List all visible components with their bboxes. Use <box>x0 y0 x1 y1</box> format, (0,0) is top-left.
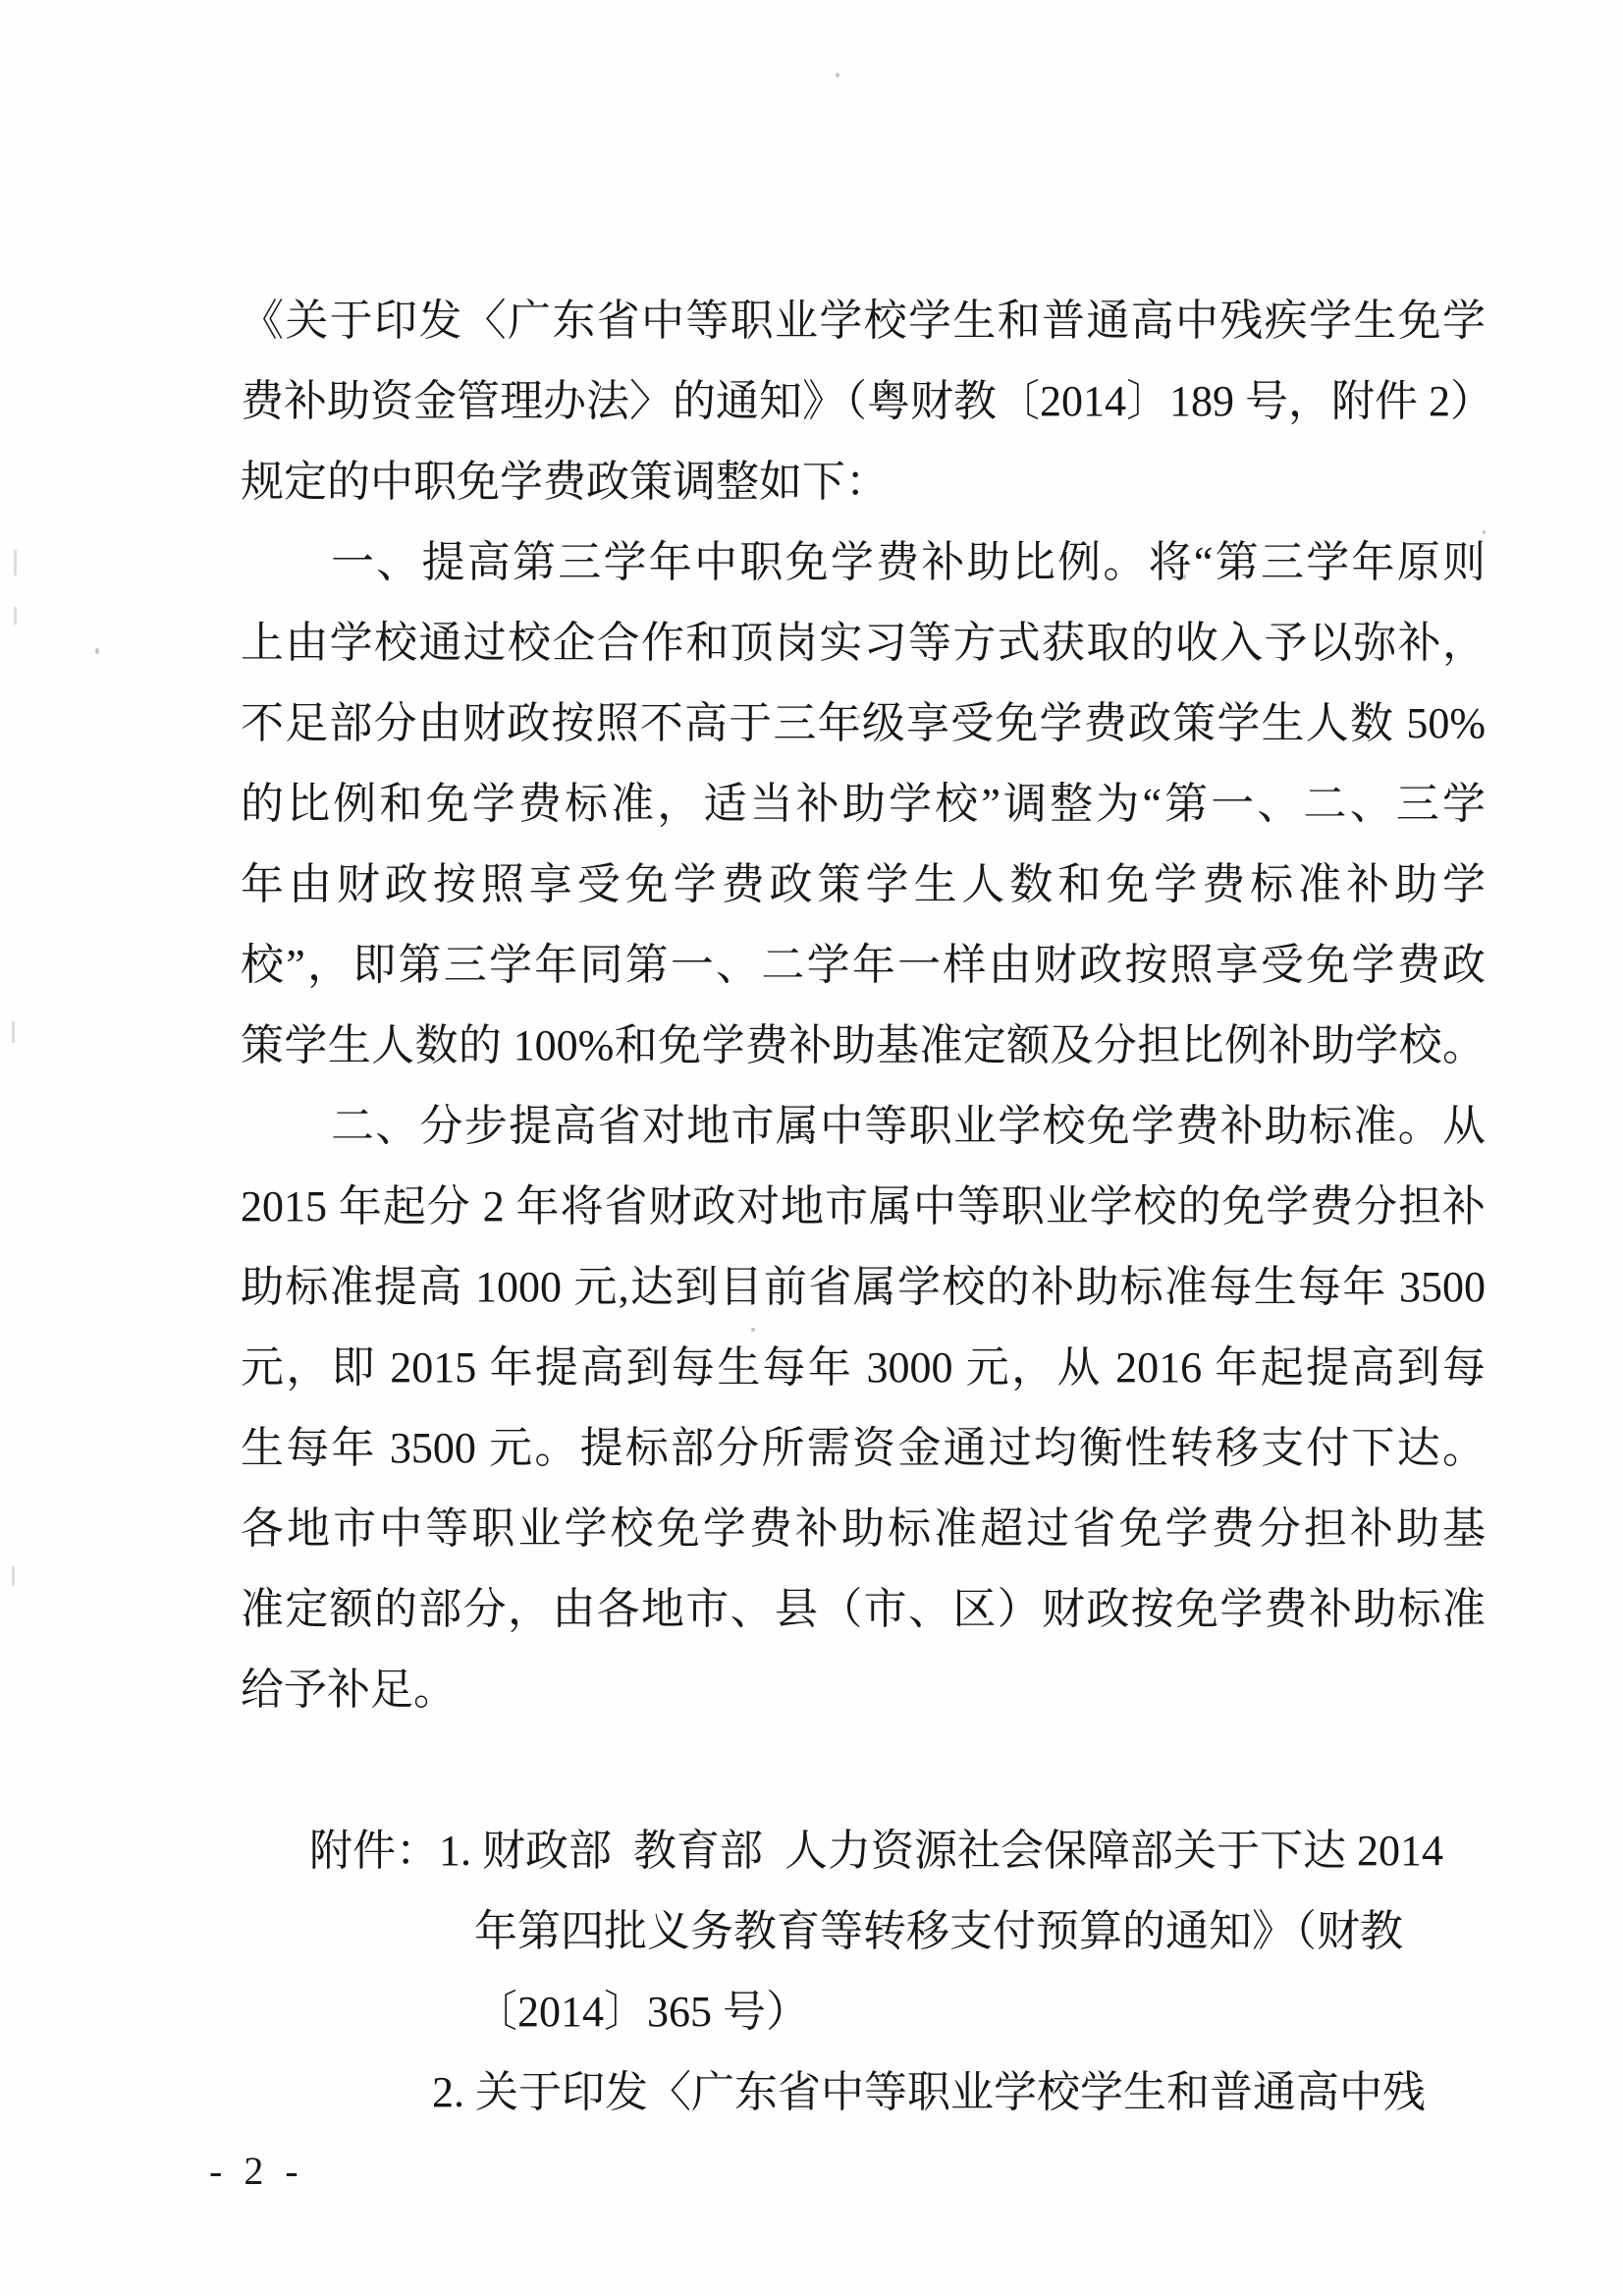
para3-line-5: 生每年 3500 元。提标部分所需资金通过均衡性转移支付下达。 <box>241 1408 1486 1489</box>
para2-line-4: 的比例和免学费标准，适当补助学校”调整为“第一、二、三学 <box>241 764 1486 845</box>
para3-line-8: 给予补足。 <box>241 1650 1486 1730</box>
para3-line-6: 各地市中等职业学校免学费补助标准超过省免学费分担补助基 <box>241 1489 1486 1569</box>
para2-line-1: 一、提高第三学年中职免学费补助比例。将“第三学年原则 <box>241 522 1486 603</box>
attachment-line-3: 〔2014〕365 号） <box>241 1972 1486 2052</box>
para3-line-3: 助标准提高 1000 元,达到目前省属学校的补助标准每生每年 3500 <box>241 1247 1486 1328</box>
para1-line-1: 《关于印发〈广东省中等职业学校学生和普通高中残疾学生免学 <box>241 281 1486 361</box>
para2-line-2: 上由学校通过校企合作和顶岗实习等方式获取的收入予以弥补， <box>241 603 1486 683</box>
scan-edge-mark <box>14 607 17 625</box>
para1-line-2: 费补助资金管理办法〉的通知》（粤财教〔2014〕189 号，附件 2） <box>241 361 1486 442</box>
scanned-document-page: 《关于印发〈广东省中等职业学校学生和普通高中残疾学生免学 费补助资金管理办法〉的… <box>0 0 1623 2296</box>
scan-speck <box>836 73 839 78</box>
scan-speck <box>1483 530 1486 534</box>
para3-line-1: 二、分步提高省对地市属中等职业学校免学费补助标准。从 <box>241 1086 1486 1167</box>
para1-line-3: 规定的中职免学费政策调整如下： <box>241 442 1486 522</box>
page-number: - 2 - <box>209 2147 304 2196</box>
scan-edge-mark <box>12 1566 15 1586</box>
para3-line-4: 元，即 2015 年提高到每生每年 3000 元，从 2016 年起提高到每 <box>241 1328 1486 1408</box>
scan-speck <box>95 648 99 654</box>
scan-speck <box>1183 574 1186 579</box>
attachment-line-2: 年第四批义务教育等转移支付预算的通知》（财教 <box>241 1891 1486 1972</box>
para2-line-6: 校”，即第三学年同第一、二学年一样由财政按照享受免学费政 <box>241 925 1486 1006</box>
scan-speck <box>751 1328 755 1332</box>
para2-line-7: 策学生人数的 100%和免学费补助基准定额及分担比例补助学校。 <box>241 1006 1486 1086</box>
para3-line-7: 准定额的部分，由各地市、县（市、区）财政按免学费补助标准 <box>241 1569 1486 1650</box>
para2-line-5: 年由财政按照享受免学费政策学生人数和免学费标准补助学 <box>241 845 1486 925</box>
document-body: 《关于印发〈广东省中等职业学校学生和普通高中残疾学生免学 费补助资金管理办法〉的… <box>241 281 1486 2133</box>
attachment-line-1: 附件：1. 财政部 教育部 人力资源社会保障部关于下达 2014 <box>241 1811 1486 1891</box>
para2-line-3: 不足部分由财政按照不高于三年级享受免学费政策学生人数 50% <box>241 683 1486 764</box>
scan-speck <box>857 715 860 719</box>
blank-line <box>241 1730 1486 1811</box>
scan-edge-mark <box>14 550 17 575</box>
para3-line-2: 2015 年起分 2 年将省财政对地市属中等职业学校的免学费分担补 <box>241 1167 1486 1247</box>
scan-edge-mark <box>12 1021 15 1043</box>
attachment-line-4: 2. 关于印发〈广东省中等职业学校学生和普通高中残 <box>241 2052 1486 2133</box>
